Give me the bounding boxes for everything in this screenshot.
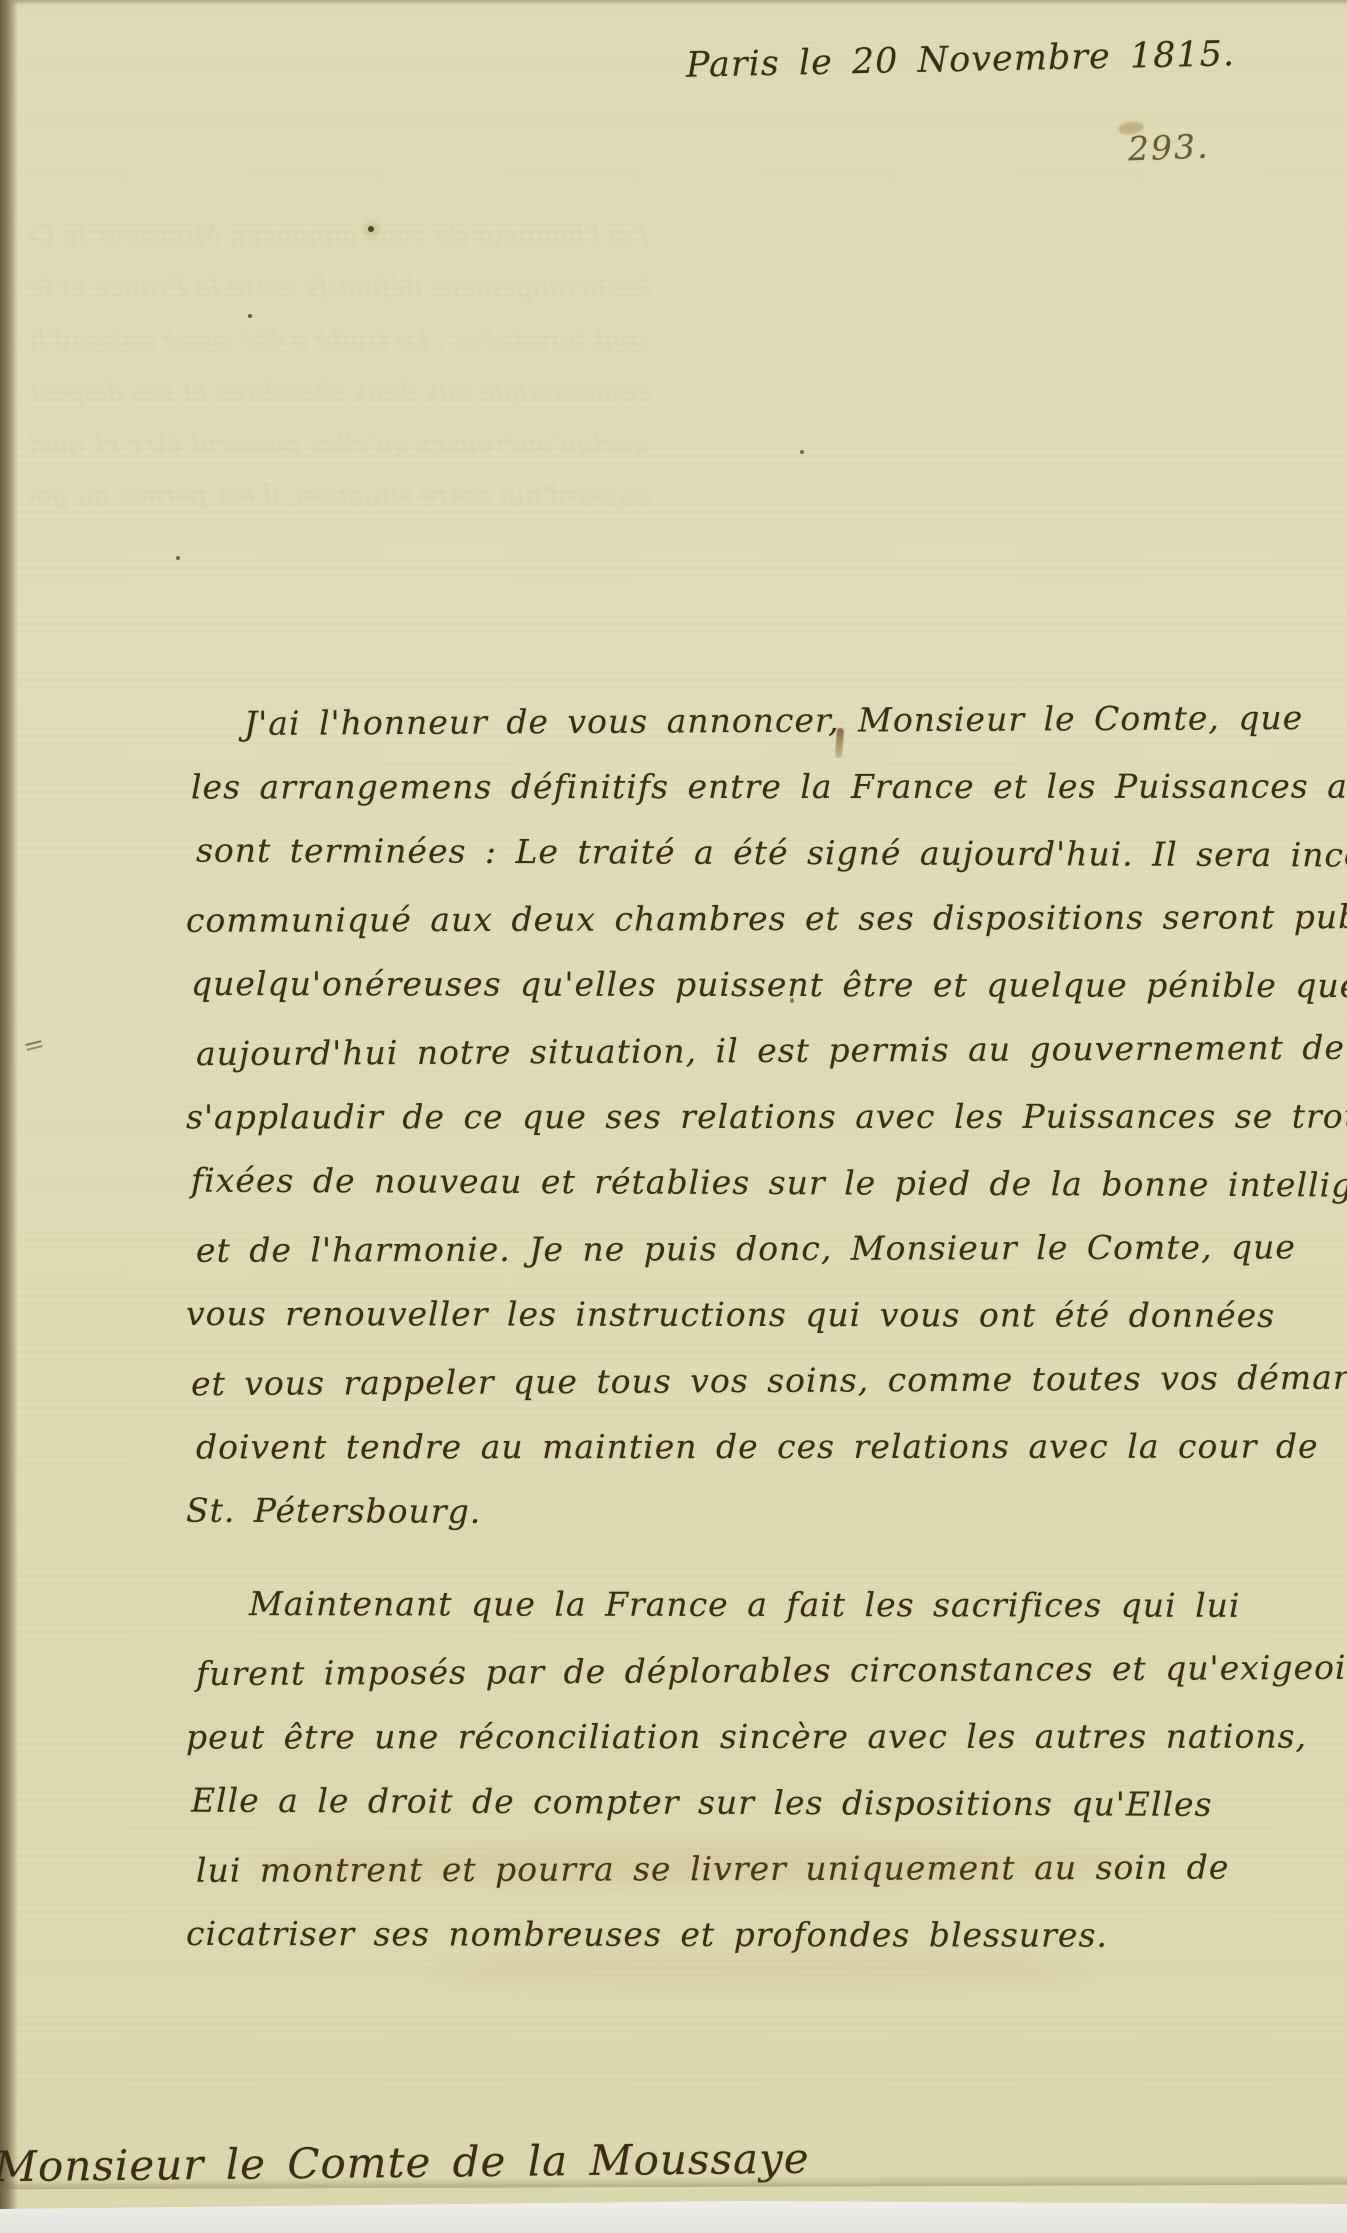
manuscript-line: vous renouveller les instructions qui vo…	[186, 1281, 1334, 1349]
manuscript-line: s'applaudir de ce que ses relations avec…	[186, 1084, 1334, 1151]
bleedthrough-line: quelqu'onéreuses qu'elles puissent être …	[30, 418, 650, 470]
manuscript-line: fixées de nouveau et rétablies sur le pi…	[191, 1148, 1334, 1219]
manuscript-line: Elle a le droit de compter sur les dispo…	[191, 1768, 1334, 1839]
dateline: Paris le 20 Novembre 1815.	[686, 34, 1236, 85]
ink-bleedthrough: J'ai l'honneur de vous annoncer, Monsieu…	[30, 210, 650, 510]
manuscript-line: peut être une réconciliation sincère ave…	[186, 1704, 1334, 1771]
manuscript-line: les arrangemens définitifs entre la Fran…	[191, 754, 1334, 821]
manuscript-line: aujourd'hui notre situation, il est perm…	[196, 1015, 1334, 1087]
paragraph: J'ai l'honneur de vous annoncer, Monsieu…	[186, 688, 1334, 1546]
binding-edge	[0, 0, 18, 2209]
margin-mark	[25, 1040, 42, 1051]
manuscript-line: Maintenant que la France a fait les sacr…	[191, 1571, 1334, 1639]
manuscript-line: sont terminées : Le traité a été signé a…	[196, 818, 1334, 889]
bleedthrough-line: aujourd'hui notre situation, il est perm…	[30, 470, 650, 510]
paragraph: Maintenant que la France a fait les sacr…	[186, 1572, 1334, 1968]
foxing-spot	[368, 226, 374, 232]
bleedthrough-line: sont terminées : Le traité a été signé a…	[30, 314, 650, 366]
manuscript-line: quelqu'onéreuses qu'elles puissent être …	[191, 951, 1334, 1019]
recipient-line: Monsieur le Comte de la Moussaye	[0, 2134, 810, 2192]
manuscript-line: et de l'harmonie. Je ne puis donc, Monsi…	[196, 1214, 1334, 1284]
manuscript-line: lui montrent et pourra se livrer uniquem…	[196, 1834, 1334, 1904]
manuscript-line: et vous rappeler que tous vos soins, com…	[191, 1345, 1334, 1417]
manuscript-line: furent imposés par de déplorables circon…	[196, 1635, 1334, 1707]
manuscript-line: J'ai l'honneur de vous annoncer, Monsieu…	[186, 685, 1334, 757]
foxing-spot	[800, 450, 804, 454]
foxing-spot	[176, 556, 180, 560]
foxing-spot	[248, 314, 252, 318]
manuscript-line: doivent tendre au maintien de ces relati…	[196, 1414, 1334, 1481]
manuscript-line: St. Pétersbourg.	[186, 1478, 1334, 1549]
manuscript-line: cicatriser ses nombreuses et profondes b…	[186, 1901, 1334, 1969]
bleedthrough-line: J'ai l'honneur de vous annoncer, Monsieu…	[30, 210, 650, 262]
manuscript-page: J'ai l'honneur de vous annoncer, Monsieu…	[0, 0, 1347, 2209]
bleedthrough-line: les arrangemens définitifs entre la Fran…	[30, 262, 650, 314]
manuscript-line: communiqué aux deux chambres et ses disp…	[186, 884, 1334, 954]
page-number: 293.	[1127, 127, 1210, 169]
bleedthrough-line: communiqué aux deux chambres et ses disp…	[30, 366, 650, 418]
letter-body: J'ai l'honneur de vous annoncer, Monsieu…	[186, 688, 1334, 1968]
